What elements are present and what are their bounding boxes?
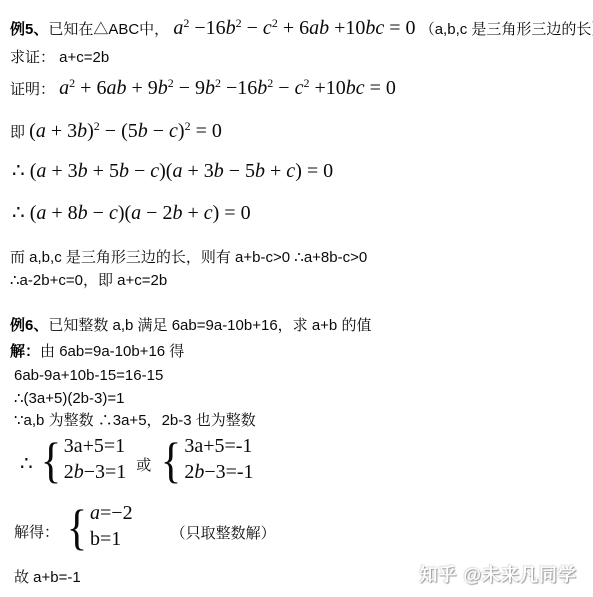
text-segment: b (77, 120, 87, 142)
text-segment: 即 (10, 124, 29, 141)
text-segment: 故 (14, 569, 33, 586)
text-segment: 证明： (10, 81, 59, 98)
integer-reasoning: ∵a,b 为整数 ∴3a+5，2b-3 也为整数 (14, 408, 256, 434)
text-segment: ∴ (14, 390, 24, 407)
text-segment: ab (106, 77, 126, 99)
text-segment: （只取整数解） (171, 525, 276, 542)
text-segment: b (158, 77, 168, 99)
text-segment: 为整数 ∴ (44, 412, 112, 429)
text-segment: a,b (113, 317, 134, 334)
text-segment: bc (365, 17, 384, 39)
text-segment: 2b-3 (162, 412, 192, 429)
text-segment: 2 (64, 461, 74, 483)
text-segment: b (74, 461, 84, 483)
text-segment: ， (147, 412, 162, 429)
text-segment: + 6 (75, 77, 106, 99)
text-segment: −3=1 (84, 461, 127, 483)
text-segment: − 2 (141, 202, 172, 224)
text-segment: a+b (312, 317, 337, 334)
text-segment: a+c=2b (59, 49, 109, 66)
text-segment: 3a+5=1 (64, 435, 125, 457)
math-document: 例5、已知在△ABC中， a2 −16b2 − c2 + 6ab +10bc =… (0, 0, 593, 597)
text-segment: a (90, 502, 100, 524)
system-equation: a=−2 (90, 501, 133, 527)
text-segment: − 9 (174, 77, 205, 99)
equation-system: {a=−2b=1 (65, 501, 133, 553)
text-segment: 的值 (337, 317, 371, 334)
solution-result: 解得：{a=−2b=1（只取整数解） (14, 501, 276, 553)
text-segment: = 0 (384, 17, 415, 39)
text-segment: + (265, 160, 286, 182)
equation-system: {3a+5=12b−3=1 (39, 434, 127, 486)
text-segment: ，即 (83, 272, 117, 289)
text-segment: b (255, 160, 265, 182)
text-segment: + 3 (46, 160, 77, 182)
text-segment: b (257, 77, 267, 99)
text-segment: =−2 (100, 502, 133, 524)
proof-goal: 求证： a+c=2b (10, 45, 109, 71)
text-segment: 6ab-9a+10b-15=16-15 (14, 367, 163, 384)
text-segment: + 6 (278, 17, 309, 39)
conclusion-example5: ∴a-2b+c=0，即 a+c=2b (10, 268, 167, 294)
example6-heading: 例6、已知整数 a,b 满足 6ab=9a-10b+16，求 a+b 的值 (10, 313, 371, 339)
equation-system: {3a+5=-12b−3=-1 (159, 434, 253, 486)
text-segment: 解得： (14, 524, 59, 541)
text-segment: c (150, 160, 159, 182)
text-segment: ) (87, 120, 94, 142)
text-segment: +10 (329, 17, 365, 39)
text-segment: = 0 (365, 77, 396, 99)
text-segment: ∵ (14, 412, 24, 429)
text-segment: a (59, 77, 69, 99)
text-segment: ) = 0 (295, 160, 333, 182)
text-segment: a,b,c (435, 21, 468, 38)
text-segment: b (78, 160, 88, 182)
text-segment: + 3 (182, 160, 213, 182)
text-segment: 也为整数 (192, 412, 256, 429)
text-segment: − (88, 202, 109, 224)
text-segment: ∴ ( (12, 160, 36, 182)
system-joiner: 或 (136, 453, 151, 479)
text-segment: = 0 (191, 120, 222, 142)
system-equation: 3a+5=1 (64, 434, 127, 460)
final-answer: 故 a+b=-1 (14, 565, 81, 591)
text-segment: a+b=-1 (33, 569, 81, 586)
proof-step-3: ∴ (a + 3b + 5b − c)(a + 3b − 5b + c) = 0 (12, 158, 333, 186)
text-segment: − (242, 17, 263, 39)
brace-icon: { (161, 435, 181, 485)
text-segment: a+8b-c>0 (304, 249, 367, 266)
system-equation: 2b−3=1 (64, 460, 127, 486)
proof-step-2: 即 (a + 3b)2 − (5b − c)2 = 0 (10, 113, 222, 146)
text-segment: + 5 (88, 160, 119, 182)
text-segment: 例5、 (10, 21, 48, 38)
text-segment: b (194, 461, 204, 483)
text-segment: ∴ (10, 272, 20, 289)
text-segment: 满足 (133, 317, 171, 334)
text-segment: +10 (309, 77, 345, 99)
text-segment: ab (309, 17, 329, 39)
text-segment: b (205, 77, 215, 99)
text-segment: c (263, 17, 272, 39)
text-segment: a-2b+c=0 (20, 272, 83, 289)
text-segment: 2 (184, 461, 194, 483)
text-segment: + 8 (46, 202, 77, 224)
text-segment: c (204, 202, 213, 224)
text-segment: ∴ (20, 453, 33, 475)
text-segment: a (36, 120, 46, 142)
text-segment: ∴ ( (12, 202, 36, 224)
text-segment: + 3 (46, 120, 77, 142)
text-segment: a (172, 160, 182, 182)
text-segment: 3a+5 (113, 412, 147, 429)
text-segment: （ (416, 21, 435, 38)
text-segment: a (36, 202, 46, 224)
text-segment: −3=-1 (204, 461, 253, 483)
text-segment: 是三角形三边的长） (467, 21, 593, 38)
text-segment: − (273, 77, 294, 99)
text-segment: 6ab=9a-10b+16 (59, 343, 165, 360)
text-segment: ( (29, 120, 36, 142)
system-prefix: 解得： (14, 520, 59, 546)
system-equation: 3a+5=-1 (184, 434, 253, 460)
system-equation: 2b−3=-1 (184, 460, 253, 486)
text-segment: bc (346, 77, 365, 99)
text-segment: 是三角形三边的长，则有 (62, 249, 235, 266)
text-segment: 例6、 (10, 317, 48, 334)
text-segment: − (129, 160, 150, 182)
text-segment: )( (118, 202, 131, 224)
text-segment: b (78, 202, 88, 224)
text-segment: ) (178, 120, 185, 142)
text-segment: b (172, 202, 182, 224)
equation-systems: ∴{3a+5=12b−3=1或{3a+5=-12b−3=-1 (20, 434, 254, 486)
text-segment: a (36, 160, 46, 182)
text-segment: − (148, 120, 169, 142)
text-segment: b (119, 160, 129, 182)
text-segment: − (5 (100, 120, 138, 142)
text-segment: c (109, 202, 118, 224)
text-segment: 已知整数 (48, 317, 112, 334)
text-segment: (3a+5)(2b-3)=1 (24, 390, 125, 407)
text-segment: b (226, 17, 236, 39)
text-segment: 得 (165, 343, 184, 360)
text-segment: ，求 (278, 317, 312, 334)
text-segment: 3a+5=-1 (184, 435, 252, 457)
text-segment: ) = 0 (213, 202, 251, 224)
text-segment: c (169, 120, 178, 142)
text-segment: − 5 (224, 160, 255, 182)
text-segment: 求证： (10, 49, 59, 66)
watermark: 知乎 @未来凡同学 (419, 561, 577, 587)
text-segment: a (173, 17, 183, 39)
text-segment: 6ab=9a-10b+16 (172, 317, 278, 334)
example5-heading: 例5、已知在△ABC中， a2 −16b2 − c2 + 6ab +10bc =… (10, 10, 593, 43)
text-segment: a+b-c>0 (235, 249, 290, 266)
text-segment: + 9 (126, 77, 157, 99)
text-segment: a,b,c (29, 249, 62, 266)
text-segment: + (182, 202, 203, 224)
text-segment: a,b (24, 412, 45, 429)
proof-step-4: ∴ (a + 8b − c)(a − 2b + c) = 0 (12, 200, 251, 228)
text-segment: 而 (10, 249, 29, 266)
brace-icon: { (67, 502, 87, 552)
text-segment: a+c=2b (117, 272, 167, 289)
text-segment: 解： (10, 343, 40, 360)
text-segment: 已知在△ABC中， (48, 21, 173, 38)
proof-step-1: 证明： a2 + 6ab + 9b2 − 9b2 −16b2 − c2 +10b… (10, 70, 396, 103)
text-segment: c (286, 160, 295, 182)
system-prefix: ∴ (20, 451, 33, 479)
text-segment: −16 (189, 17, 225, 39)
text-segment: −16 (221, 77, 257, 99)
system-equation: b=1 (90, 527, 133, 553)
text-segment: 由 (40, 343, 59, 360)
text-segment: b (138, 120, 148, 142)
system-note: （只取整数解） (171, 521, 276, 547)
text-segment: ∴ (290, 249, 304, 266)
brace-icon: { (41, 435, 61, 485)
text-segment: b (214, 160, 224, 182)
solution-step-1: 解：由 6ab=9a-10b+16 得 (10, 339, 184, 365)
text-segment: b=1 (90, 528, 121, 550)
text-segment: )( (159, 160, 172, 182)
text-segment: a (131, 202, 141, 224)
